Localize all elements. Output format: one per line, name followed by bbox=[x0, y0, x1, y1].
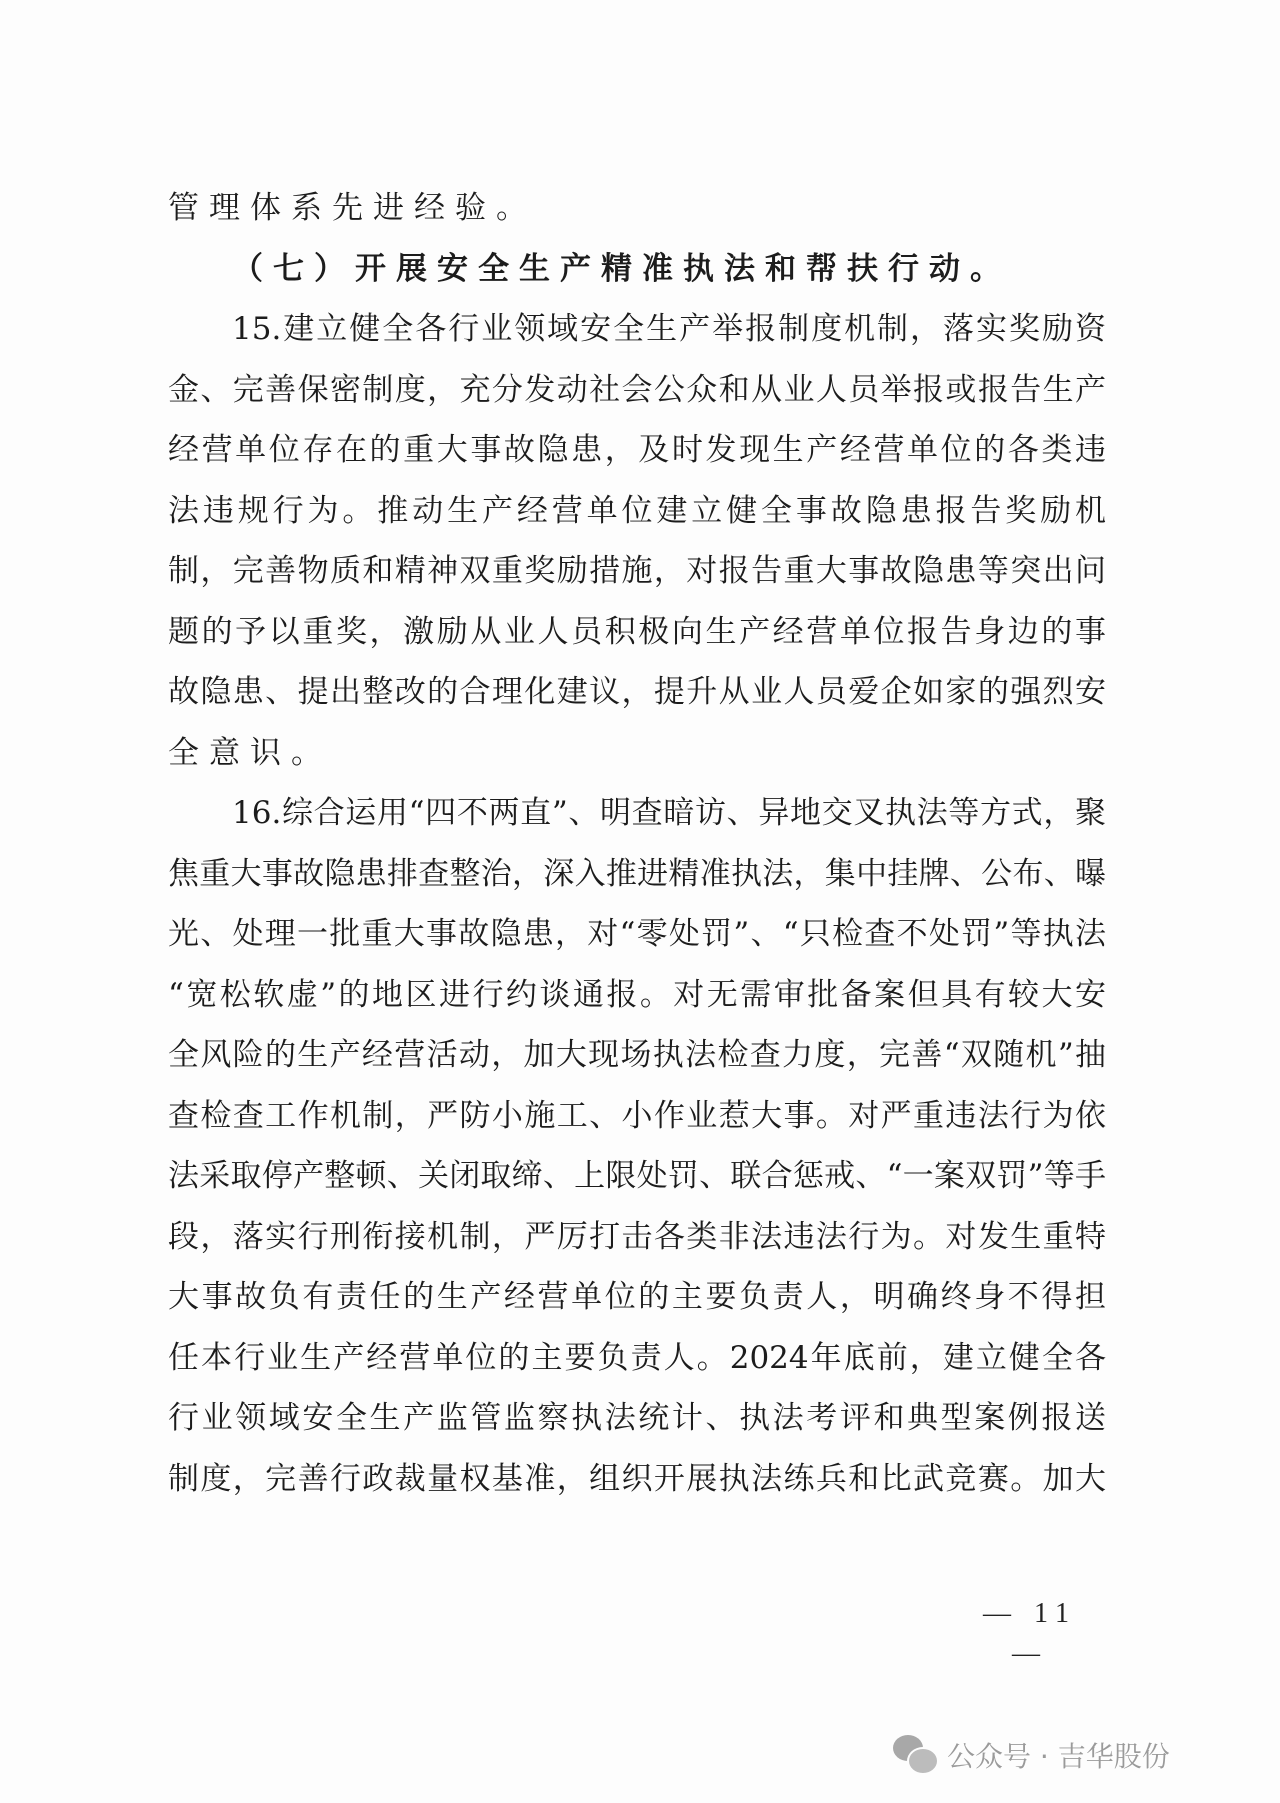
paragraph-line: 法采取停产整顿、关闭取缔、上限处罚、联合惩戒、“一案双罚”等手 bbox=[168, 1154, 1106, 1198]
paragraph-line: 经营单位存在的重大事故隐患，及时发现生产经营单位的各类违 bbox=[168, 428, 1106, 472]
paragraph-line: 焦重大事故隐患排查整治，深入推进精准执法，集中挂牌、公布、曝 bbox=[168, 852, 1106, 896]
paragraph-line: 15.建立健全各行业领域安全生产举报制度机制，落实奖励资 bbox=[232, 307, 1106, 351]
paragraph-line: 光、处理一批重大事故隐患，对“零处罚”、“只检查不处罚”等执法 bbox=[168, 912, 1106, 956]
paragraph-line: 全意识。 bbox=[168, 731, 1106, 775]
paragraph-line: “宽松软虚”的地区进行约谈通报。对无需审批备案但具有较大安 bbox=[168, 973, 1106, 1017]
paragraph-line: 制，完善物质和精神双重奖励措施，对报告重大事故隐患等突出问 bbox=[168, 549, 1106, 593]
paragraph-line: 法违规行为。推动生产经营单位建立健全事故隐患报告奖励机 bbox=[168, 489, 1106, 533]
document-page: 管理体系先进经验。（七）开展安全生产精准执法和帮扶行动。15.建立健全各行业领域… bbox=[0, 0, 1280, 1803]
paragraph-line: 故隐患、提出整改的合理化建议，提升从业人员爱企如家的强烈安 bbox=[168, 670, 1106, 714]
section-heading: （七）开展安全生产精准执法和帮扶行动。 bbox=[232, 247, 1106, 291]
paragraph-line: 管理体系先进经验。 bbox=[168, 186, 1106, 230]
watermark-text: 公众号 · 吉华股份 bbox=[947, 1735, 1170, 1775]
paragraph-line: 16.综合运用“四不两直”、明查暗访、异地交叉执法等方式，聚 bbox=[232, 791, 1106, 835]
paragraph-line: 大事故负有责任的生产经营单位的主要负责人，明确终身不得担 bbox=[168, 1275, 1106, 1319]
page-number: — 11 — bbox=[960, 1594, 1100, 1634]
paragraph-line: 行业领域安全生产监管监察执法统计、执法考评和典型案例报送 bbox=[168, 1396, 1106, 1440]
paragraph-line: 段，落实行刑衔接机制，严厉打击各类非法违法行为。对发生重特 bbox=[168, 1215, 1106, 1259]
paragraph-line: 任本行业生产经营单位的主要负责人。2024年底前，建立健全各 bbox=[168, 1336, 1106, 1380]
paragraph-line: 全风险的生产经营活动，加大现场执法检查力度，完善“双随机”抽 bbox=[168, 1033, 1106, 1077]
watermark: 公众号 · 吉华股份 bbox=[893, 1730, 1170, 1780]
paragraph-line: 金、完善保密制度，充分发动社会公众和从业人员举报或报告生产 bbox=[168, 368, 1106, 412]
paragraph-line: 制度，完善行政裁量权基准，组织开展执法练兵和比武竞赛。加大 bbox=[168, 1457, 1106, 1501]
paragraph-line: 题的予以重奖，激励从业人员积极向生产经营单位报告身边的事 bbox=[168, 610, 1106, 654]
paragraph-line: 查检查工作机制，严防小施工、小作业惹大事。对严重违法行为依 bbox=[168, 1094, 1106, 1138]
wechat-icon bbox=[893, 1735, 937, 1775]
